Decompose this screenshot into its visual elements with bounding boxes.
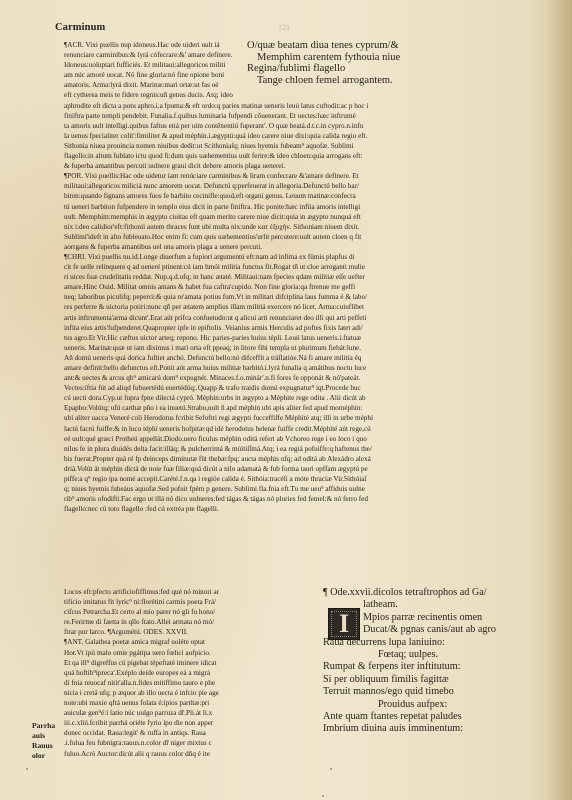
commentary-line: ta amoris uult intelligi.quibus faftus e… bbox=[64, 121, 572, 131]
commentary-line: piffe:a q⁹ regio ipa nomé accepit.Carété… bbox=[64, 474, 572, 484]
commentary-line: infita eius artis'fufpenderet.Quapropter… bbox=[64, 323, 572, 333]
commentary-line: flagello:in altum fublato ictu quod fi:d… bbox=[64, 151, 572, 161]
commentary-line: cit fe uelle relinquere q ad ueneré ptin… bbox=[64, 262, 572, 272]
commentary-line: quá hoftib⁹ipreca'.Exéplo deide europes … bbox=[64, 668, 304, 678]
running-head: Carminum bbox=[55, 22, 105, 33]
commentary-line: .i.fulua feu fubnigra:rauus.n.color dř n… bbox=[64, 738, 304, 748]
commentary-line: fuluo.Acró Auctor:dicút alii q rauus col… bbox=[64, 749, 304, 759]
commentary-line: Locus eft:pfecto artificiofiffimus:fed q… bbox=[64, 587, 304, 597]
commentary-line: ueneris. Marinæ:quæ ut iam diximus i mar… bbox=[64, 343, 572, 353]
margin-note: Parrha bbox=[32, 721, 55, 731]
commentary-line: Vectes:iftia fút ad aliqd fubuertédú eue… bbox=[64, 383, 572, 393]
commentary-line: ubi aliter uacca Veneré coli Herodotus f… bbox=[64, 413, 572, 423]
commentary-line: q; niues hyemis fubeáus aquofæ.Sed pofui… bbox=[64, 484, 572, 494]
decorated-initial-woodcut: I bbox=[328, 608, 360, 640]
verse-line: Fœtaq; uulpes. bbox=[323, 649, 496, 661]
commentary-line: nix i:deo calidior'eft:fithonii autem th… bbox=[64, 222, 572, 232]
verse-line: Ante quam ftantes repetat paludes bbox=[323, 711, 496, 723]
commentary-line: Hor.Vt ipii malo omie pgátipa uero fœlic… bbox=[64, 648, 304, 658]
commentary-line: ¶ANT. Galathea poetæ amica migraf uoléte… bbox=[64, 637, 304, 647]
speck bbox=[26, 768, 28, 770]
commentary-line: cú uecti dora.Cyp.ut fupra fpne dilectá … bbox=[64, 393, 572, 403]
commentary-line: Idoneus:uoluptari fufficiés. Et militaui… bbox=[64, 60, 284, 70]
commentary-line: Sublimi'ideft in alto fubleuato.Hoc enim… bbox=[64, 232, 572, 242]
commentary-line: ¶CHRI. Vixi puellis nu.id.Longe diuerfum… bbox=[64, 252, 572, 262]
speck bbox=[322, 795, 324, 797]
commentary-line: res perferre & uictoria potiri:nunc qñ p… bbox=[64, 302, 572, 312]
commentary-line: am núc amoré uocat. Nó fine gloria:nó fi… bbox=[64, 70, 284, 80]
commentary-line: Et qa ill⁹ digreffus cú pigebat tépeftat… bbox=[64, 658, 304, 668]
commentary-line: donec occidat. Raua:legit' & ruffa in an… bbox=[64, 728, 304, 738]
commentary-line: Añ domú ueneris quá dorica fuftiet anchó… bbox=[64, 353, 572, 363]
verse-line: Prouidus aufpex: bbox=[323, 699, 496, 711]
commentary-line: biton:quando fignans amores fuos fe barb… bbox=[64, 191, 572, 201]
commentary-line: nicia i cretá ufq; p æquor ab illo uecta… bbox=[64, 688, 304, 698]
commentary-line: iii.c.xliú.fcribit parrhá oriéte fyrio í… bbox=[64, 718, 304, 728]
commentary-line: amare defínit:bello defunctus eft.Ponit … bbox=[64, 363, 572, 373]
commentary-line: Epapho:Volútq; ufú carthæ pño i ea inuet… bbox=[64, 403, 572, 413]
commentary-line: note:ubi maxie qftá uenus folata é:ipios… bbox=[64, 698, 304, 708]
commentary-line: renunciare carminibus:& lyrá cófecrare:&… bbox=[64, 50, 284, 60]
commentary-line: flagello:nec cú toto flagello :fed cú ex… bbox=[64, 504, 572, 514]
commentary-line: artis inftrumenta'arma dicunt'.Erat aút … bbox=[64, 313, 572, 323]
verse-line: Imbrium diuina auis imminentum: bbox=[323, 723, 496, 735]
commentary-line: eé uult:qué græci Protheú appellát.Diodo… bbox=[64, 434, 572, 444]
folio-number: 121 bbox=[278, 23, 290, 32]
commentary-line: neq; laboribus piculifq; peperci:& quia … bbox=[64, 292, 572, 302]
margin-note: olor bbox=[32, 751, 55, 761]
ode-heading: ¶ Ode.xxvii.dicolos tetraftrophos ad Ga/ bbox=[323, 587, 496, 599]
verse-line: Terruit mannos/ego quid timebo bbox=[323, 686, 496, 698]
marginal-notes: Parrha auis Rauus olor bbox=[32, 721, 55, 761]
commentary-lower-left: Locus eft:pfecto artificiofiffimus:fed q… bbox=[64, 587, 304, 759]
scanned-book-page: Carminum 121 O/quæ beatam diua tenes cyp… bbox=[0, 0, 572, 800]
commentary-line: uult. Memphim:memphis in ægypto ciuitas … bbox=[64, 212, 572, 222]
commentary-line: auiculæ gen⁹é:i latio núc uulgo parruza … bbox=[64, 708, 304, 718]
commentary-line: ¶POR. Vixi puellis:Hac ode uidetur iam r… bbox=[64, 171, 572, 181]
verse-line: Si per obliquum fimilis fagittæ bbox=[323, 674, 496, 686]
commentary-line: aphrodite eft dicta a potu aphro.i.a fpu… bbox=[64, 101, 572, 111]
commentary-line: nilus fe in plura diuidés delta facit:il… bbox=[64, 444, 572, 454]
commentary-line: eft cytherea meis te fidere regnis:uñ ge… bbox=[64, 90, 284, 100]
argument-heading: ftrar pur larco. ¶Argumétú. ODES. XXVII. bbox=[64, 627, 304, 637]
commentary-line: Sithonia niuea prouincia nomen niuibus d… bbox=[64, 141, 572, 151]
commentary-line: ¶ACR. Vixi puellis nup idoneus.Hac ode u… bbox=[64, 40, 284, 50]
commentary-line: tificio imitatus fit lyric⁹ ni:florétini… bbox=[64, 597, 304, 607]
speck bbox=[330, 768, 332, 770]
initial-ornament-border bbox=[331, 611, 357, 637]
commentary-line: aorrgans & fuperba amantibus uel una amo… bbox=[64, 242, 572, 252]
commentary-line: rib⁹ amoris ofodifti.Fac ergo ut illá nó… bbox=[64, 494, 572, 504]
commentary-line: finiftra parte templi pendebit. Funalia.… bbox=[64, 111, 572, 121]
commentary-line: militaui:allegoricos miliciá nunc amorem… bbox=[64, 181, 572, 191]
commentary-line: & fuperba amantibus percuti uulnere grau… bbox=[64, 161, 572, 171]
commentary-line: tú ueneri barbiton fufpendere in templo … bbox=[64, 202, 572, 212]
commentary-line: amatoris. Arma:lyrá dixit. Marinæ:mari o… bbox=[64, 80, 284, 90]
commentary-line: amare.Hinc Ouid. Militat omnis amans & h… bbox=[64, 282, 572, 292]
commentary-line: ri uices fuæ crudelitatis reddat. Nup.q.… bbox=[64, 272, 572, 282]
margin-note: Rauus bbox=[32, 741, 55, 751]
commentary-line: di fnia reuocaf nitit'alla.n.fides mitif… bbox=[64, 678, 304, 688]
commentary-line: tus agro.Et Vir.Hic cæftus uictor arteq;… bbox=[64, 333, 572, 343]
commentary-line: lactú facrú fuiffe:& in luco téplú uener… bbox=[64, 424, 572, 434]
commentary-top: ¶ACR. Vixi puellis nup idoneus.Hac ode u… bbox=[64, 40, 572, 525]
commentary-line bbox=[64, 514, 572, 524]
margin-note: auis bbox=[32, 731, 55, 741]
commentary-line: bis fuerat.Propter quá ré fp deinceps di… bbox=[64, 454, 572, 464]
commentary-line: la uenus fpecialiter colit':fimiliter & … bbox=[64, 131, 572, 141]
commentary-line: re.Ferirme di faetta in qllo ftato.Allei… bbox=[64, 617, 304, 627]
commentary-line: cifcus Petrarcha.Et certo al mio parer n… bbox=[64, 607, 304, 617]
verse-line: Rumpat & ferpens iter inftitutum: bbox=[323, 661, 496, 673]
commentary-line: driá.Volút át méphin dictá de noie fuæ f… bbox=[64, 464, 572, 474]
commentary-line: ant:& uectes & arcus qb⁹ amicarú dom⁹ ex… bbox=[64, 373, 572, 383]
